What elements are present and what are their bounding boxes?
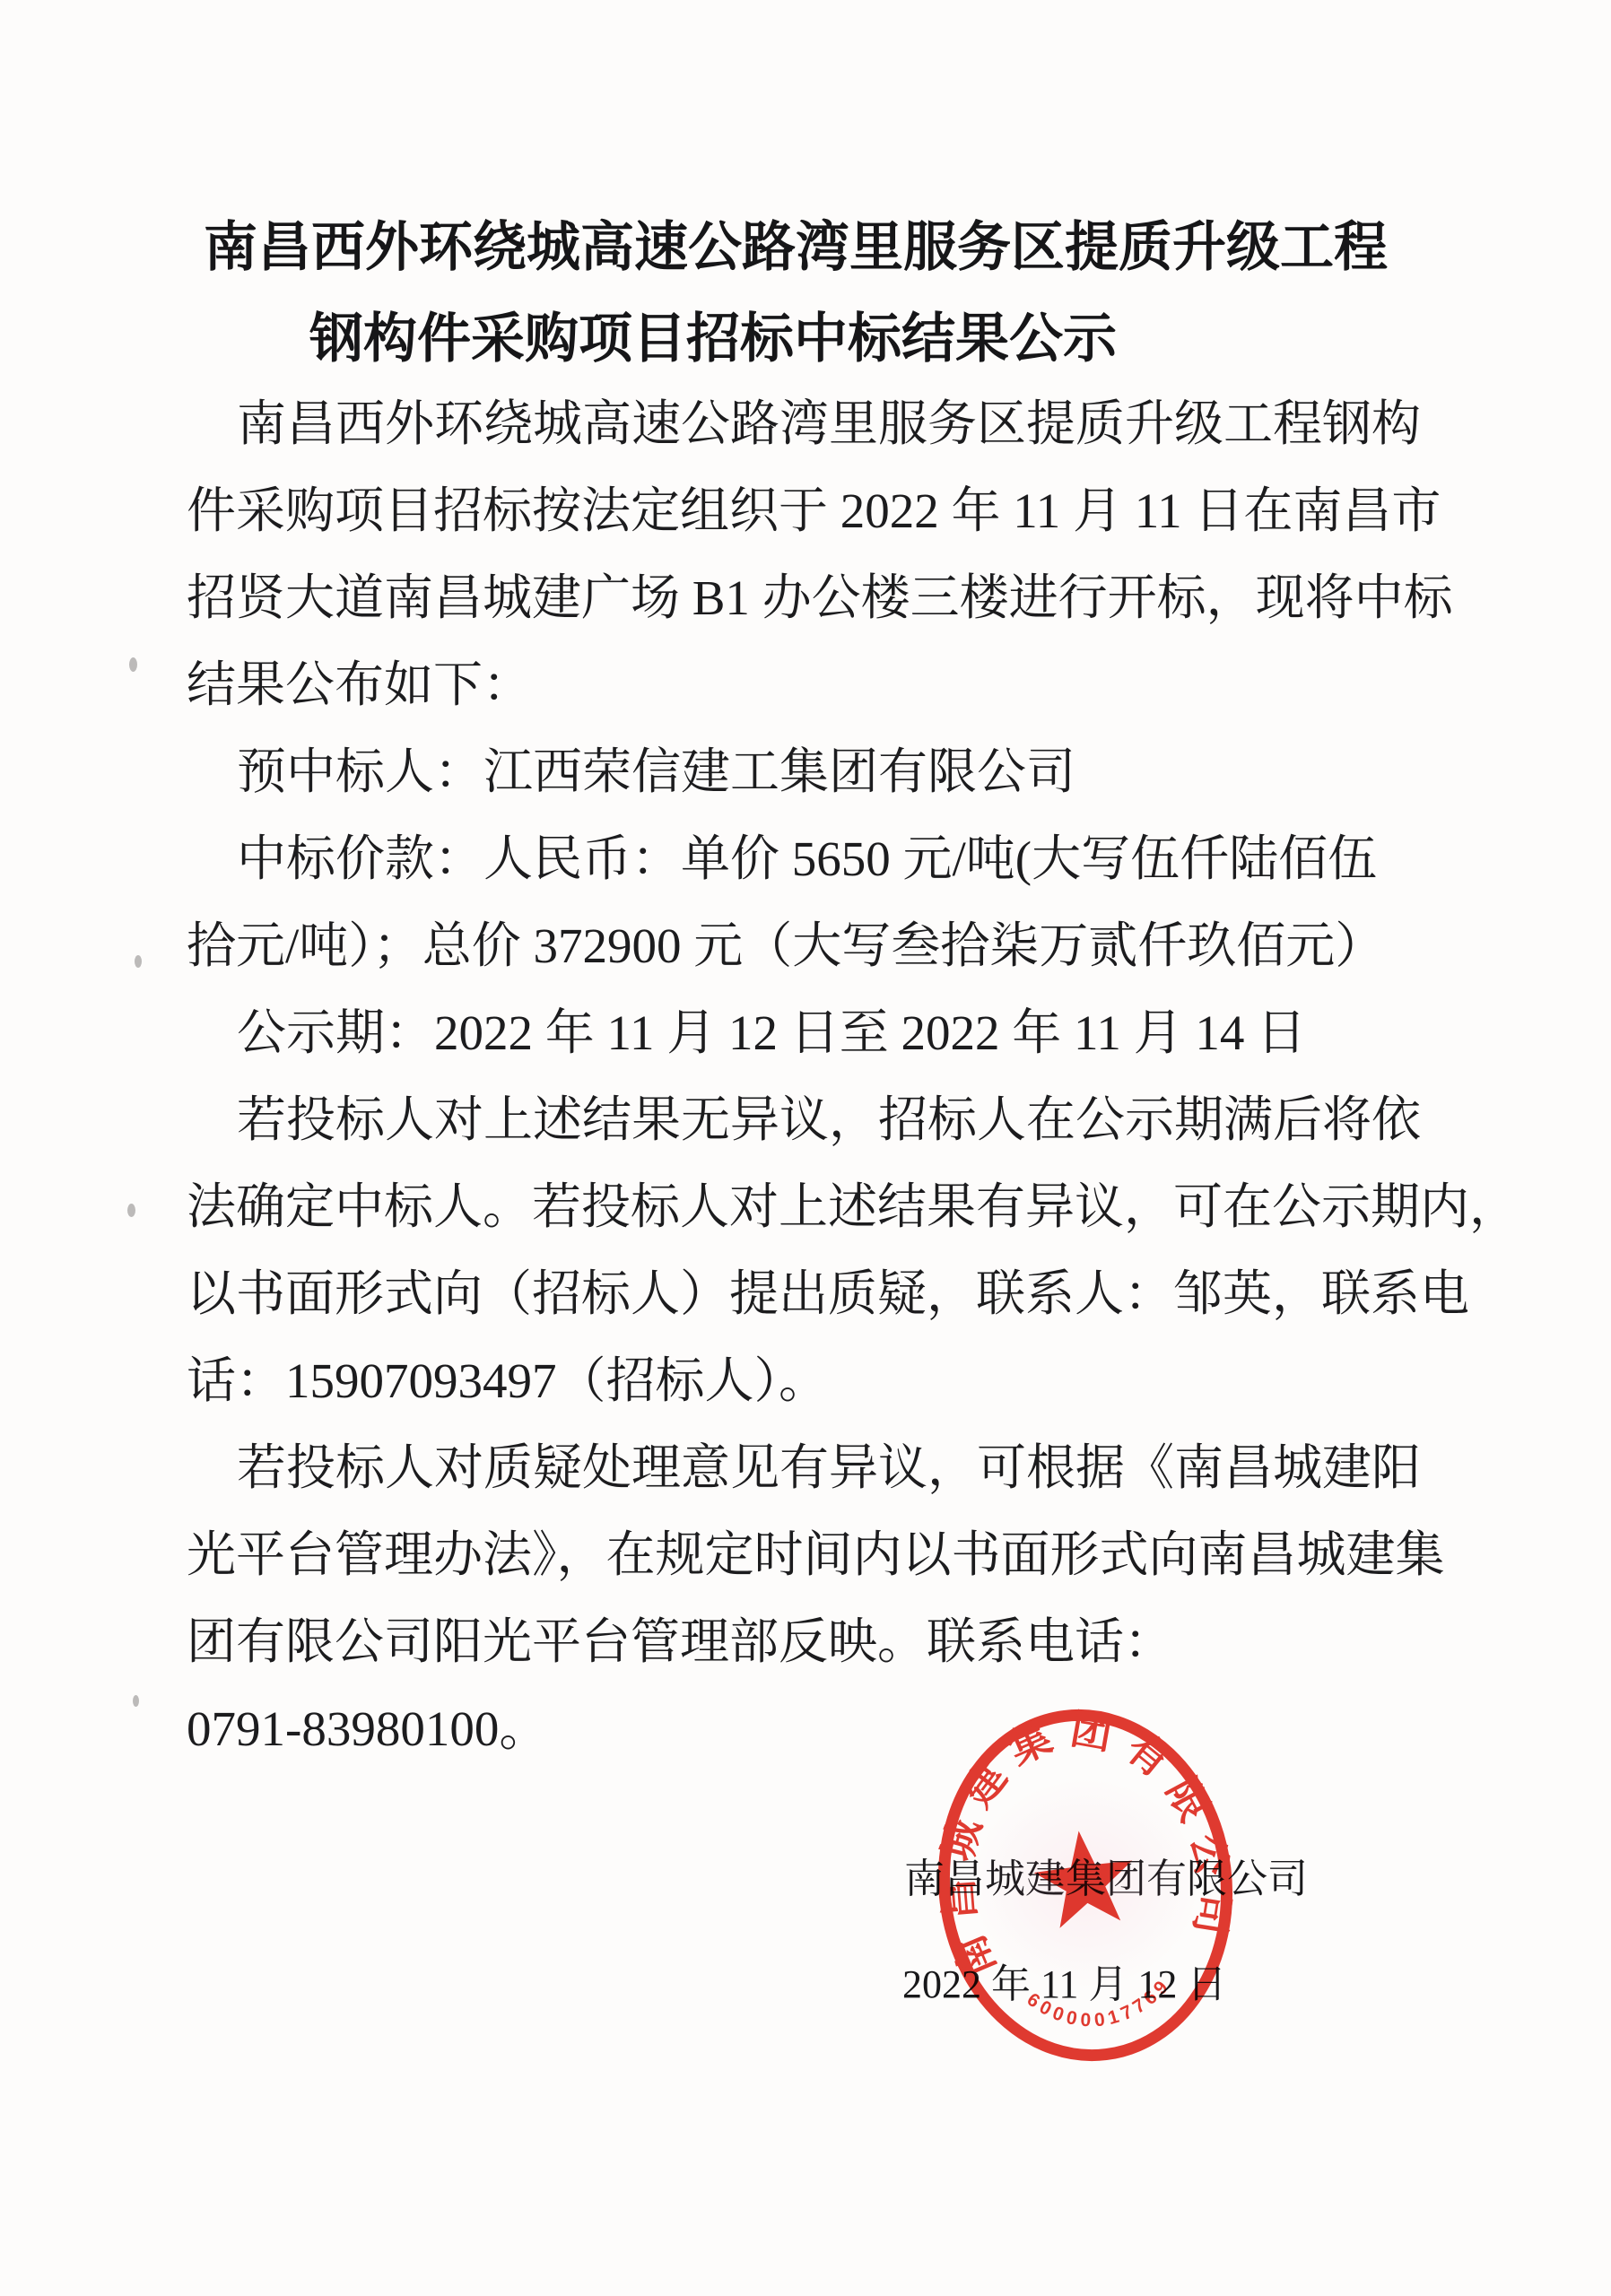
- document-page: 南昌西外环绕城高速公路湾里服务区提质升级工程 钢构件采购项目招标中标结果公示 南…: [0, 0, 1611, 2296]
- star-icon: [1030, 1825, 1139, 1931]
- document-body: 南昌西外环绕城高速公路湾里服务区提质升级工程钢构 件采购项目招标按法定组织于 2…: [187, 380, 1469, 1772]
- company-seal-stamp: 南昌城建集团有限公司 3600000177695: [912, 1689, 1258, 2082]
- scan-speck: [129, 657, 137, 672]
- scan-speck: [133, 1695, 139, 1707]
- document-title-line-1: 南昌西外环绕城高速公路湾里服务区提质升级工程: [204, 204, 1388, 282]
- company-seal-graphic: 南昌城建集团有限公司 3600000177695: [912, 1689, 1258, 2082]
- body-line: 中标价款：人民币：单价 5650 元/吨(大写伍仟陆佰伍: [187, 815, 1469, 902]
- document-title-line-2: 钢构件采购项目招标中标结果公示: [309, 296, 1117, 373]
- body-line: 话：15907093497（招标人）。: [187, 1337, 1469, 1424]
- body-line: 0791-83980100。: [187, 1685, 1469, 1772]
- body-line: 以书面形式向（招标人）提出质疑，联系人：邹英，联系电: [187, 1250, 1469, 1337]
- body-line: 法确定中标人。若投标人对上述结果有异议，可在公示期内，: [187, 1163, 1469, 1250]
- body-line: 南昌西外环绕城高速公路湾里服务区提质升级工程钢构: [187, 380, 1469, 467]
- body-line: 公示期：2022 年 11 月 12 日至 2022 年 11 月 14 日: [187, 989, 1469, 1076]
- body-line: 拾元/吨）；总价 372900 元（大写叁拾柒万贰仟玖佰元）: [187, 902, 1469, 989]
- body-line: 团有限公司阳光平台管理部反映。联系电话：: [187, 1598, 1469, 1685]
- body-line: 预中标人：江西荣信建工集团有限公司: [187, 728, 1469, 815]
- body-line: 光平台管理办法》，在规定时间内以书面形式向南昌城建集: [187, 1511, 1469, 1598]
- body-line: 结果公布如下：: [187, 641, 1469, 728]
- scan-speck: [127, 1204, 135, 1217]
- body-line: 招贤大道南昌城建广场 B1 办公楼三楼进行开标，现将中标: [187, 554, 1469, 641]
- scan-speck: [135, 955, 142, 968]
- body-line: 件采购项目招标按法定组织于 2022 年 11 月 11 日在南昌市: [187, 467, 1469, 554]
- body-line: 若投标人对质疑处理意见有异议，可根据《南昌城建阳: [187, 1424, 1469, 1511]
- body-line: 若投标人对上述结果无异议，招标人在公示期满后将依: [187, 1076, 1469, 1163]
